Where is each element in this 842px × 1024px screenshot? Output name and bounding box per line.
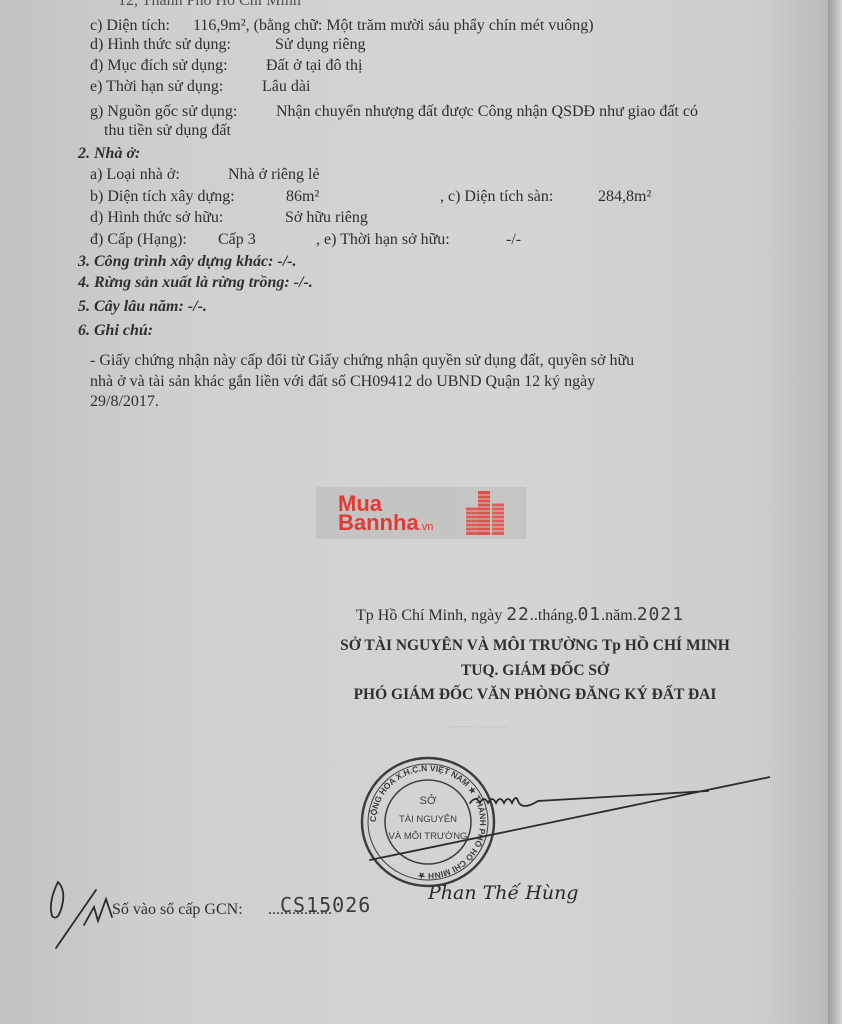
handwritten-signature-icon — [360, 765, 770, 875]
note-line-1: - Giấy chứng nhận này cấp đổi từ Giấy ch… — [90, 352, 634, 370]
date-year-prefix: năm — [605, 607, 633, 624]
registry-label: Số vào sổ cấp GCN: — [112, 901, 243, 919]
signer-title: PHÓ GIÁM ĐỐC VĂN PHÒNG ĐĂNG KÝ ĐẤT ĐAI — [300, 686, 770, 704]
note-line-3: 29/8/2017. — [90, 393, 159, 411]
land-area-label: c) Diện tích: — [90, 17, 170, 35]
ownership-label: d) Hình thức sở hữu: — [90, 209, 223, 227]
land-area-value: 116,9m², (bằng chữ: Một trăm mười sáu ph… — [193, 17, 594, 35]
muabannha-watermark: Mua Bannha.vn — [316, 487, 526, 539]
usage-purpose-value: Đất ở tại đô thị — [266, 57, 362, 75]
origin-label: g) Nguồn gốc sử dụng: — [90, 103, 237, 121]
usage-term-label: e) Thời hạn sử dụng: — [90, 78, 223, 96]
signing-date: Tp Hồ Chí Minh, ngày 22..tháng.01.năm.20… — [356, 606, 684, 625]
notes-heading: 6. Ghi chú: — [78, 322, 153, 340]
grade-value: Cấp 3 — [218, 231, 256, 249]
build-area-value: 86m² — [286, 188, 319, 206]
authorization-title: TUQ. GIÁM ĐỐC SỞ — [300, 662, 770, 680]
signer-name: Phan Thế Hùng — [428, 884, 578, 902]
origin-value-cont: thu tiền sử dụng đất — [104, 122, 231, 140]
origin-value: Nhận chuyển nhượng đất được Công nhận QS… — [276, 103, 698, 121]
date-day: 22 — [506, 604, 530, 625]
date-year: 2021 — [637, 604, 684, 625]
date-month-prefix: tháng — [538, 607, 574, 624]
floor-area-value: 284,8m² — [598, 188, 651, 206]
address-fragment: 12, Thành Phố Hồ Chí Minh — [118, 0, 301, 10]
planted-forest: 4. Rừng sản xuất là rừng trồng: -/-. — [78, 274, 313, 292]
watermark-suffix: .vn — [419, 521, 434, 533]
house-type-value: Nhà ở riêng lẻ — [228, 166, 320, 184]
usage-form-label: d) Hình thức sử dụng: — [90, 36, 231, 54]
registry-number: CS15026 — [280, 896, 371, 914]
date-month: 01 — [577, 604, 601, 625]
other-construction: 3. Công trình xây dựng khác: -/-. — [78, 253, 297, 271]
watermark-line2: Bannha — [338, 510, 419, 535]
page-edge — [828, 0, 842, 1024]
usage-term-value: Lâu dài — [262, 78, 310, 96]
usage-form-value: Sử dụng riêng — [275, 36, 365, 54]
usage-purpose-label: đ) Mục đích sử dụng: — [90, 57, 228, 75]
ownership-term-label: , e) Thời hạn sở hữu: — [316, 231, 450, 249]
issuing-organization: SỞ TÀI NGUYÊN VÀ MÔI TRƯỜNG Tp HỒ CHÍ MI… — [300, 637, 770, 655]
house-type-label: a) Loại nhà ở: — [90, 166, 180, 184]
perennial-trees: 5. Cây lâu năm: -/-. — [78, 298, 207, 316]
ownership-value: Sở hữu riêng — [285, 209, 368, 227]
grade-label: đ) Cấp (Hạng): — [90, 231, 187, 249]
floor-area-label: , c) Diện tích sàn: — [440, 188, 553, 206]
house-heading: 2. Nhà ở: — [78, 145, 140, 163]
ownership-term-value: -/- — [506, 231, 521, 249]
ghost-text: —— —— — [450, 718, 510, 736]
note-line-2: nhà ở và tài sản khác gắn liền với đất s… — [90, 373, 595, 391]
date-place-prefix: Tp Hồ Chí Minh, ngày — [356, 607, 502, 624]
build-area-label: b) Diện tích xây dựng: — [90, 188, 235, 206]
buildings-logo-icon — [464, 489, 506, 535]
